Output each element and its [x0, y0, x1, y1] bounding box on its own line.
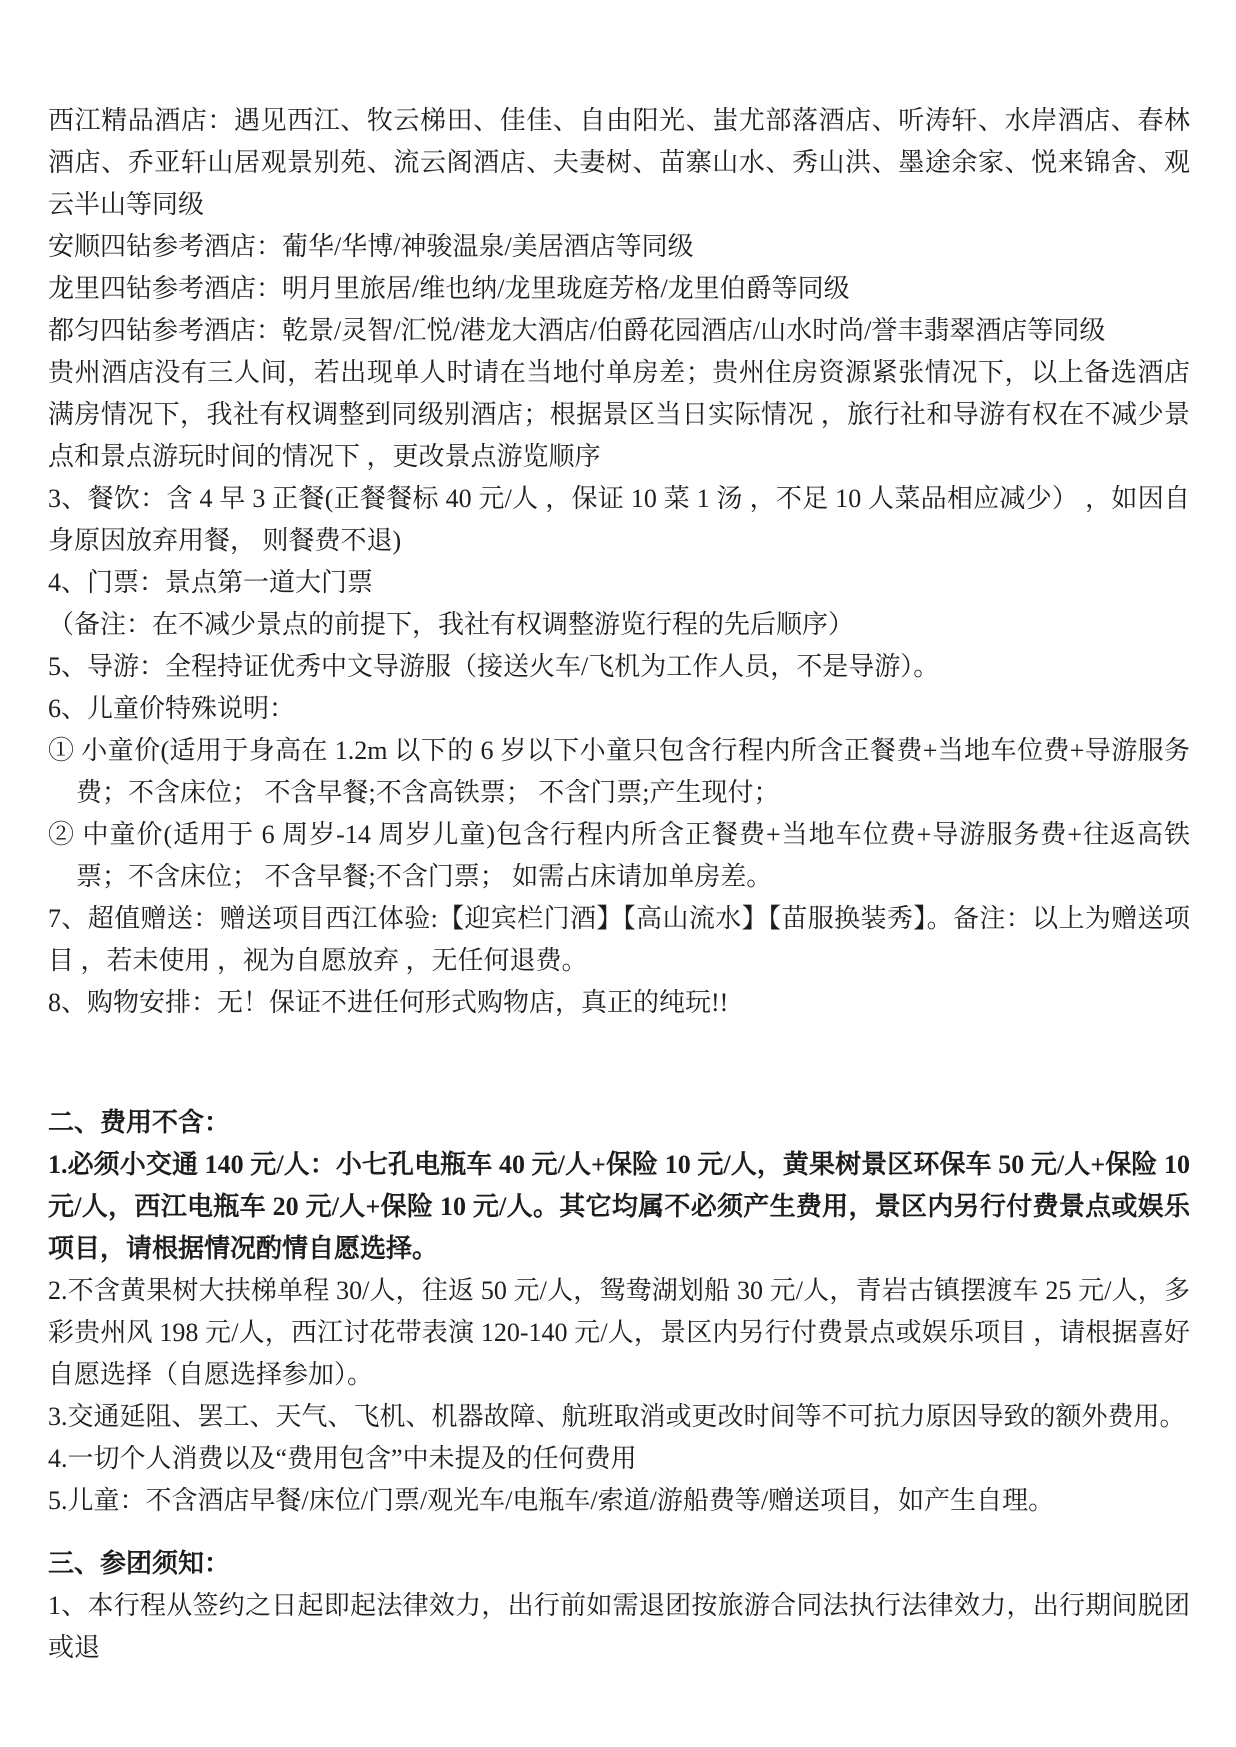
personal-expenses: 4.一切个人消费以及“费用包含”中未提及的任何费用: [48, 1438, 1190, 1480]
middle-child-price: ② 中童价(适用于 6 周岁-14 周岁儿童)包含行程内所含正餐费+当地车位费+…: [48, 814, 1190, 898]
section-fees-not-included: 二、费用不含：1.必须小交通 140 元/人：小七孔电瓶车 40 元/人+保险 …: [48, 1102, 1190, 1522]
force-majeure: 3.交通延阻、罢工、天气、飞机、机器故障、航班取消或更改时间等不可抗力原因导致的…: [48, 1396, 1190, 1438]
hotel-notes: 贵州酒店没有三人间，若出现单人时请在当地付单房差；贵州住房资源紧张情况下，以上备…: [48, 352, 1190, 478]
tickets-note: （备注：在不减少景点的前提下，我社有权调整游览行程的先后顺序）: [48, 604, 1190, 646]
section-heading-group-notice: 三、参团须知：: [48, 1543, 1190, 1585]
children-exclusions: 5.儿童：不含酒店早餐/床位/门票/观光车/电瓶车/索道/游船费等/赠送项目，如…: [48, 1480, 1190, 1522]
document-body: 西江精品酒店：遇见西江、牧云梯田、佳佳、自由阳光、蚩尤部落酒店、听涛轩、水岸酒店…: [48, 100, 1190, 1669]
optional-fees: 2.不含黄果树大扶梯单程 30/人，往返 50 元/人，鸳鸯湖划船 30 元/人…: [48, 1270, 1190, 1396]
mandatory-transport: 1.必须小交通 140 元/人：小七孔电瓶车 40 元/人+保险 10 元/人，…: [48, 1144, 1190, 1270]
tickets: 4、门票：景点第一道大门票: [48, 562, 1190, 604]
bonus-gifts: 7、超值赠送：赠送项目西江体验:【迎宾栏门酒】【高山流水】【苗服换装秀】。备注：…: [48, 898, 1190, 982]
section-heading-fees-not-included: 二、费用不含：: [48, 1102, 1190, 1144]
document-page: 西江精品酒店：遇见西江、牧云梯田、佳佳、自由阳光、蚩尤部落酒店、听涛轩、水岸酒店…: [0, 0, 1236, 1747]
xijiang-boutique-hotels: 西江精品酒店：遇见西江、牧云梯田、佳佳、自由阳光、蚩尤部落酒店、听涛轩、水岸酒店…: [48, 100, 1190, 226]
anshun-hotels: 安顺四钻参考酒店：葡华/华博/神骏温泉/美居酒店等同级: [48, 226, 1190, 268]
meals: 3、餐饮：含 4 早 3 正餐(正餐餐标 40 元/人 ，保证 10 菜 1 汤…: [48, 478, 1190, 562]
section-group-notice: 三、参团须知：1、本行程从签约之日起即起法律效力，出行前如需退团按旅游合同法执行…: [48, 1543, 1190, 1669]
section-included-details: 西江精品酒店：遇见西江、牧云梯田、佳佳、自由阳光、蚩尤部落酒店、听涛轩、水岸酒店…: [48, 100, 1190, 1024]
contract-effect: 1、本行程从签约之日起即起法律效力，出行前如需退团按旅游合同法执行法律效力，出行…: [48, 1585, 1190, 1669]
duyun-hotels: 都匀四钻参考酒店：乾景/灵智/汇悦/港龙大酒店/伯爵花园酒店/山水时尚/誉丰翡翠…: [48, 310, 1190, 352]
child-price-title: 6、儿童价特殊说明：: [48, 688, 1190, 730]
longli-hotels: 龙里四钻参考酒店：明月里旅居/维也纳/龙里珑庭芳格/龙里伯爵等同级: [48, 268, 1190, 310]
small-child-price: ① 小童价(适用于身高在 1.2m 以下的 6 岁以下小童只包含行程内所含正餐费…: [48, 730, 1190, 814]
shopping: 8、购物安排：无！保证不进任何形式购物店，真正的纯玩!!: [48, 982, 1190, 1024]
guide: 5、导游：全程持证优秀中文导游服（接送火车/飞机为工作人员，不是导游）。: [48, 646, 1190, 688]
